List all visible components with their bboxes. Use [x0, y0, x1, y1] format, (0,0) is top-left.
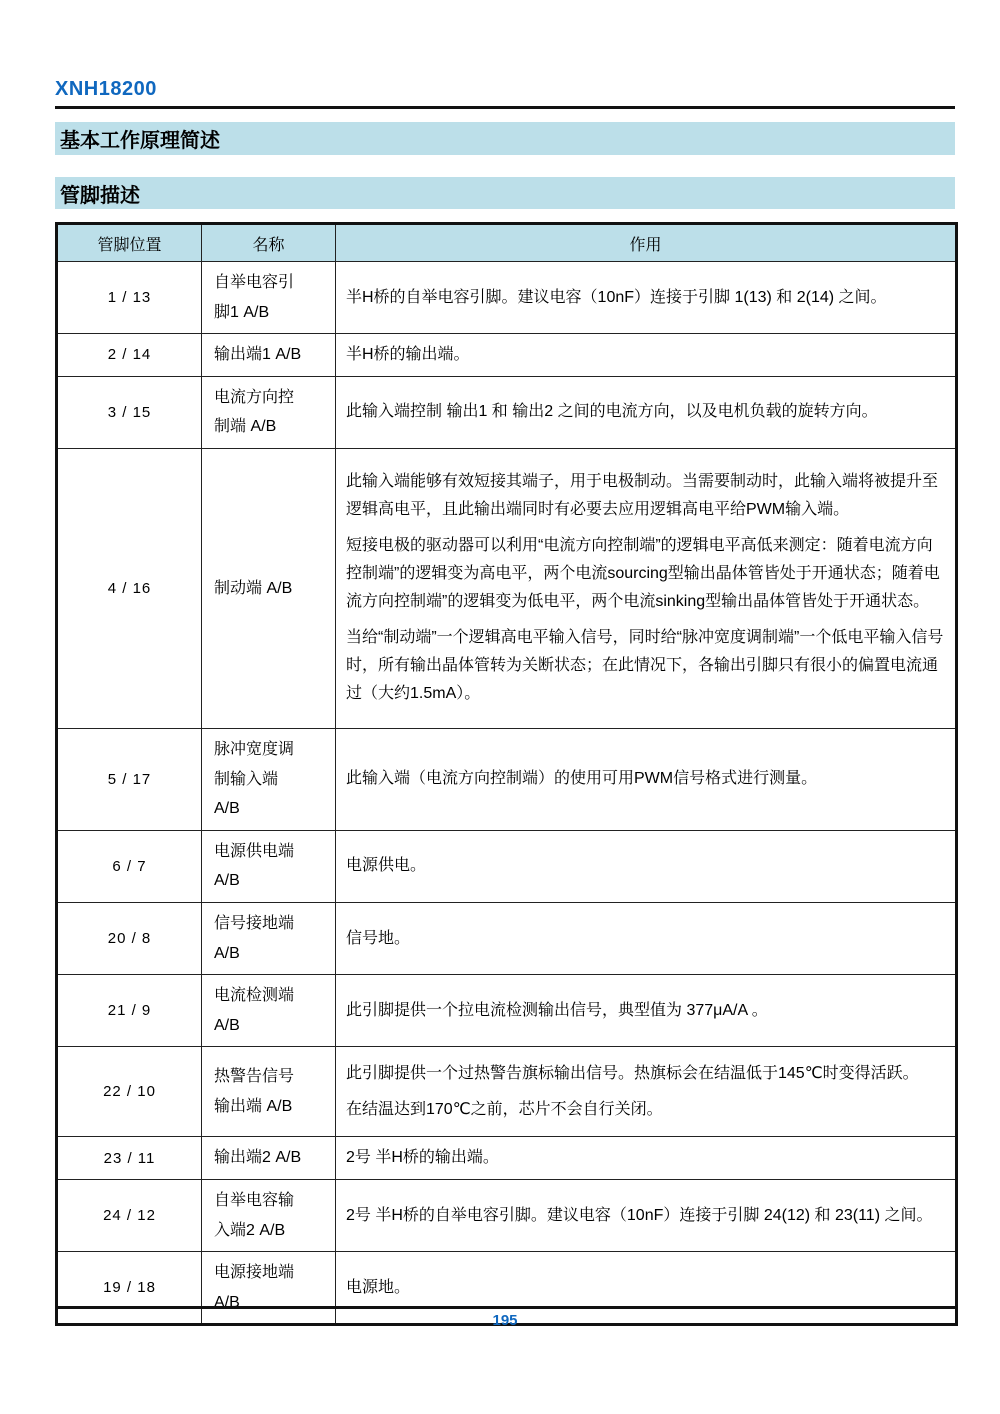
pin-name-cell: 热警告信号 输出端 A/B [202, 1047, 336, 1137]
table-row: 23 / 11输出端2 A/B2号 半H桥的输出端。 [57, 1137, 957, 1180]
pin-position-cell: 22 / 10 [57, 1047, 202, 1137]
pin-name-cell: 输出端1 A/B [202, 334, 336, 377]
description-paragraph: 此输入端能够有效短接其端子，用于电极制动。当需要制动时，此输入端将被提升至逻辑高… [346, 468, 945, 524]
table-header-row: 管脚位置名称作用 [57, 224, 957, 262]
description-paragraph: 当给“制动端”一个逻辑高电平输入信号，同时给“脉冲宽度调制端”一个低电平输入信号… [346, 624, 945, 708]
pin-name-cell: 电流方向控 制端 A/B [202, 376, 336, 448]
pin-name-cell: 信号接地端 A/B [202, 902, 336, 974]
table-row: 2 / 14输出端1 A/B半H桥的输出端。 [57, 334, 957, 377]
description-paragraph: 信号地。 [346, 925, 945, 953]
pin-description-cell: 电源供电。 [336, 830, 957, 902]
pin-name-cell: 自举电容输 入端2 A/B [202, 1179, 336, 1251]
pin-description-cell: 半H桥的输出端。 [336, 334, 957, 377]
pin-description-cell: 2号 半H桥的自举电容引脚。建议电容（10nF）连接于引脚 24(12) 和 2… [336, 1179, 957, 1251]
page-number: 195 [55, 1312, 955, 1329]
table-row: 3 / 15电流方向控 制端 A/B此输入端控制 输出1 和 输出2 之间的电流… [57, 376, 957, 448]
pin-description-cell: 信号地。 [336, 902, 957, 974]
pin-table-body: 1 / 13自举电容引 脚1 A/B半H桥的自举电容引脚。建议电容（10nF）连… [57, 262, 957, 1325]
pin-name-cell: 脉冲宽度调 制输入端 A/B [202, 728, 336, 830]
table-row: 6 / 7电源供电端 A/B电源供电。 [57, 830, 957, 902]
header-rule [55, 106, 955, 109]
pin-position-cell: 2 / 14 [57, 334, 202, 377]
pin-name-cell: 输出端2 A/B [202, 1137, 336, 1180]
pin-description-cell: 此引脚提供一个过热警告旗标输出信号。热旗标会在结温低于145℃时变得活跃。在结温… [336, 1047, 957, 1137]
document-page: XNH18200 基本工作原理简述 管脚描述 管脚位置名称作用 1 / 13自举… [0, 0, 1000, 1414]
table-row: 22 / 10热警告信号 输出端 A/B此引脚提供一个过热警告旗标输出信号。热旗… [57, 1047, 957, 1137]
pin-description-cell: 此输入端能够有效短接其端子，用于电极制动。当需要制动时，此输入端将被提升至逻辑高… [336, 448, 957, 728]
pin-position-cell: 4 / 16 [57, 448, 202, 728]
description-paragraph: 此引脚提供一个过热警告旗标输出信号。热旗标会在结温低于145℃时变得活跃。 [346, 1060, 945, 1088]
table-row: 24 / 12自举电容输 入端2 A/B2号 半H桥的自举电容引脚。建议电容（1… [57, 1179, 957, 1251]
column-header: 管脚位置 [57, 224, 202, 262]
pin-position-cell: 5 / 17 [57, 728, 202, 830]
description-paragraph: 此输入端（电流方向控制端）的使用可用PWM信号格式进行测量。 [346, 765, 945, 793]
table-row: 4 / 16制动端 A/B此输入端能够有效短接其端子，用于电极制动。当需要制动时… [57, 448, 957, 728]
footer-rule [55, 1306, 955, 1309]
pin-position-cell: 21 / 9 [57, 975, 202, 1047]
description-paragraph: 电源供电。 [346, 852, 945, 880]
section-heading-pins-label: 管脚描述 [60, 179, 140, 208]
description-paragraph: 2号 半H桥的自举电容引脚。建议电容（10nF）连接于引脚 24(12) 和 2… [346, 1202, 945, 1230]
pin-position-cell: 23 / 11 [57, 1137, 202, 1180]
pin-description-cell: 半H桥的自举电容引脚。建议电容（10nF）连接于引脚 1(13) 和 2(14)… [336, 262, 957, 334]
pin-position-cell: 20 / 8 [57, 902, 202, 974]
table-row: 5 / 17脉冲宽度调 制输入端 A/B此输入端（电流方向控制端）的使用可用PW… [57, 728, 957, 830]
pin-position-cell: 3 / 15 [57, 376, 202, 448]
pin-position-cell: 6 / 7 [57, 830, 202, 902]
pin-description-cell: 此引脚提供一个拉电流检测输出信号，典型值为 377μA/A 。 [336, 975, 957, 1047]
description-paragraph: 在结温达到170℃之前，芯片不会自行关闭。 [346, 1096, 945, 1124]
description-paragraph: 半H桥的自举电容引脚。建议电容（10nF）连接于引脚 1(13) 和 2(14)… [346, 284, 945, 312]
pin-name-cell: 电流检测端 A/B [202, 975, 336, 1047]
page-content: XNH18200 基本工作原理简述 管脚描述 管脚位置名称作用 1 / 13自举… [55, 0, 955, 1326]
table-row: 1 / 13自举电容引 脚1 A/B半H桥的自举电容引脚。建议电容（10nF）连… [57, 262, 957, 334]
description-paragraph: 电源地。 [346, 1274, 945, 1302]
pin-name-cell: 制动端 A/B [202, 448, 336, 728]
description-paragraph: 此引脚提供一个拉电流检测输出信号，典型值为 377μA/A 。 [346, 997, 945, 1025]
section-heading-principle: 基本工作原理简述 [55, 122, 955, 155]
section-heading-principle-label: 基本工作原理简述 [60, 124, 220, 153]
section-heading-pins: 管脚描述 [55, 177, 955, 209]
pin-name-cell: 电源供电端 A/B [202, 830, 336, 902]
description-paragraph: 半H桥的输出端。 [346, 341, 945, 369]
pin-description-table: 管脚位置名称作用 1 / 13自举电容引 脚1 A/B半H桥的自举电容引脚。建议… [55, 222, 958, 1326]
page-footer: 195 [55, 1306, 955, 1329]
document-id: XNH18200 [55, 78, 955, 101]
column-header: 作用 [336, 224, 957, 262]
pin-description-cell: 此输入端控制 输出1 和 输出2 之间的电流方向，以及电机负载的旋转方向。 [336, 376, 957, 448]
pin-name-cell: 自举电容引 脚1 A/B [202, 262, 336, 334]
table-row: 21 / 9电流检测端 A/B此引脚提供一个拉电流检测输出信号，典型值为 377… [57, 975, 957, 1047]
description-paragraph: 2号 半H桥的输出端。 [346, 1144, 945, 1172]
pin-position-cell: 1 / 13 [57, 262, 202, 334]
table-row: 20 / 8信号接地端 A/B信号地。 [57, 902, 957, 974]
pin-description-cell: 2号 半H桥的输出端。 [336, 1137, 957, 1180]
pin-position-cell: 24 / 12 [57, 1179, 202, 1251]
description-paragraph: 短接电极的驱动器可以利用“电流方向控制端”的逻辑电平高低来测定：随着电流方向控制… [346, 532, 945, 616]
pin-description-cell: 此输入端（电流方向控制端）的使用可用PWM信号格式进行测量。 [336, 728, 957, 830]
column-header: 名称 [202, 224, 336, 262]
description-paragraph: 此输入端控制 输出1 和 输出2 之间的电流方向，以及电机负载的旋转方向。 [346, 398, 945, 426]
